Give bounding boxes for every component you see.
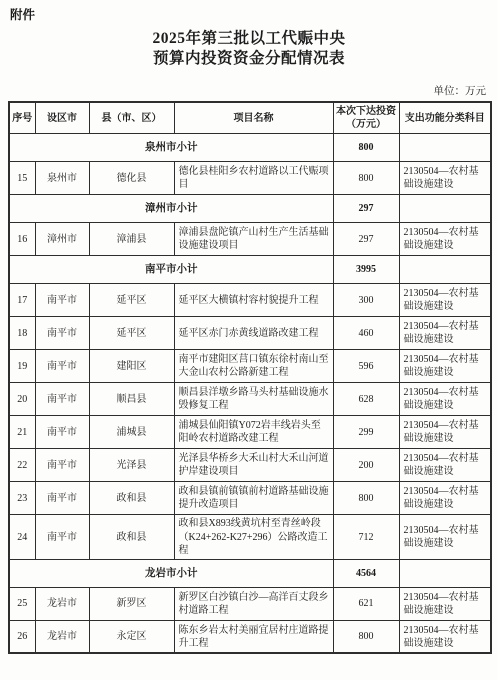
row-investment: 200 (333, 449, 399, 482)
document-title-line2: 预算内投资资金分配情况表 (8, 49, 490, 69)
project-row: 24南平市政和县政和县X893线黄坑村至青丝岭段（K24+262-K27+296… (9, 515, 491, 560)
column-header-project: 项目名称 (174, 102, 333, 134)
project-row: 25龙岩市新罗区新罗区白沙镇白沙—高洋百丈段乡村道路工程6212130504—农… (9, 587, 491, 620)
row-city: 漳州市 (35, 223, 89, 256)
row-county: 新罗区 (89, 587, 174, 620)
row-investment: 596 (333, 350, 399, 383)
subtotal-label: 南平市小计 (9, 256, 333, 284)
document-title-line1: 2025年第三批以工代赈中央 (8, 29, 490, 49)
row-county: 政和县 (89, 482, 174, 515)
subtotal-category-empty (399, 559, 491, 587)
subtotal-category-empty (399, 256, 491, 284)
subtotal-row: 漳州市小计297 (9, 195, 491, 223)
row-category: 2130504—农村基础设施建设 (399, 515, 491, 560)
document-page: 附件 2025年第三批以工代赈中央 预算内投资资金分配情况表 单位：万元 序号 … (0, 0, 498, 654)
row-project-name: 延平区赤门赤黄线道路改建工程 (174, 317, 333, 350)
row-investment: 800 (333, 620, 399, 653)
row-city: 南平市 (35, 449, 89, 482)
table-header: 序号 设区市 县（市、区） 项目名称 本次下达投资 （万元） 支出功能分类科目 (9, 102, 491, 134)
project-row: 15泉州市德化县德化县桂阳乡农村道路以工代赈项目8002130504—农村基础设… (9, 162, 491, 195)
row-city: 南平市 (35, 350, 89, 383)
allocation-table: 序号 设区市 县（市、区） 项目名称 本次下达投资 （万元） 支出功能分类科目 … (8, 101, 492, 655)
row-category: 2130504—农村基础设施建设 (399, 317, 491, 350)
row-investment: 621 (333, 587, 399, 620)
row-serial: 26 (9, 620, 35, 653)
row-category: 2130504—农村基础设施建设 (399, 620, 491, 653)
row-city: 泉州市 (35, 162, 89, 195)
row-city: 南平市 (35, 416, 89, 449)
row-project-name: 新罗区白沙镇白沙—高洋百丈段乡村道路工程 (174, 587, 333, 620)
row-serial: 19 (9, 350, 35, 383)
project-row: 18南平市延平区延平区赤门赤黄线道路改建工程4602130504—农村基础设施建… (9, 317, 491, 350)
row-serial: 16 (9, 223, 35, 256)
subtotal-investment: 297 (333, 195, 399, 223)
row-city: 南平市 (35, 383, 89, 416)
subtotal-label: 漳州市小计 (9, 195, 333, 223)
row-investment: 300 (333, 284, 399, 317)
row-county: 永定区 (89, 620, 174, 653)
row-city: 南平市 (35, 482, 89, 515)
subtotal-investment: 800 (333, 134, 399, 162)
row-serial: 21 (9, 416, 35, 449)
project-row: 21南平市浦城县浦城县仙阳镇Y072岩丰线岩头至阳岭农村道路改建工程299213… (9, 416, 491, 449)
row-city: 南平市 (35, 515, 89, 560)
subtotal-label: 泉州市小计 (9, 134, 333, 162)
document-title: 2025年第三批以工代赈中央 预算内投资资金分配情况表 (8, 29, 490, 70)
row-category: 2130504—农村基础设施建设 (399, 284, 491, 317)
project-row: 20南平市顺昌县顺昌县洋墩乡路马头村基础设施水毁修复工程6282130504—农… (9, 383, 491, 416)
row-project-name: 漳浦县盘陀镇产山村生产生活基础设施建设项目 (174, 223, 333, 256)
row-category: 2130504—农村基础设施建设 (399, 223, 491, 256)
row-category: 2130504—农村基础设施建设 (399, 416, 491, 449)
row-investment: 712 (333, 515, 399, 560)
attachment-label: 附件 (8, 5, 490, 23)
column-header-serial: 序号 (9, 102, 35, 134)
column-header-category: 支出功能分类科目 (399, 102, 491, 134)
project-row: 22南平市光泽县光泽县华桥乡大禾山村大禾山河道护岸建设项目2002130504—… (9, 449, 491, 482)
unit-note: 单位：万元 (8, 83, 486, 98)
project-row: 17南平市延平区延平区大横镇村容村貌提升工程3002130504—农村基础设施建… (9, 284, 491, 317)
header-row: 序号 设区市 县（市、区） 项目名称 本次下达投资 （万元） 支出功能分类科目 (9, 102, 491, 134)
table-body: 泉州市小计80015泉州市德化县德化县桂阳乡农村道路以工代赈项目80021305… (9, 134, 491, 654)
subtotal-category-empty (399, 134, 491, 162)
project-row: 26龙岩市永定区陈东乡岩太村美丽宜居村庄道路提升工程8002130504—农村基… (9, 620, 491, 653)
project-row: 16漳州市漳浦县漳浦县盘陀镇产山村生产生活基础设施建设项目2972130504—… (9, 223, 491, 256)
row-project-name: 延平区大横镇村容村貌提升工程 (174, 284, 333, 317)
row-investment: 460 (333, 317, 399, 350)
row-serial: 18 (9, 317, 35, 350)
row-project-name: 南平市建阳区莒口镇东徐村南山至大金山农村公路新建工程 (174, 350, 333, 383)
row-county: 政和县 (89, 515, 174, 560)
row-county: 浦城县 (89, 416, 174, 449)
row-category: 2130504—农村基础设施建设 (399, 587, 491, 620)
row-category: 2130504—农村基础设施建设 (399, 482, 491, 515)
row-investment: 297 (333, 223, 399, 256)
row-project-name: 德化县桂阳乡农村道路以工代赈项目 (174, 162, 333, 195)
row-city: 龙岩市 (35, 587, 89, 620)
row-project-name: 陈东乡岩太村美丽宜居村庄道路提升工程 (174, 620, 333, 653)
row-investment: 800 (333, 482, 399, 515)
row-county: 德化县 (89, 162, 174, 195)
row-category: 2130504—农村基础设施建设 (399, 449, 491, 482)
row-serial: 24 (9, 515, 35, 560)
row-category: 2130504—农村基础设施建设 (399, 162, 491, 195)
row-serial: 25 (9, 587, 35, 620)
row-serial: 15 (9, 162, 35, 195)
row-project-name: 光泽县华桥乡大禾山村大禾山河道护岸建设项目 (174, 449, 333, 482)
row-serial: 22 (9, 449, 35, 482)
project-row: 19南平市建阳区南平市建阳区莒口镇东徐村南山至大金山农村公路新建工程596213… (9, 350, 491, 383)
subtotal-label: 龙岩市小计 (9, 559, 333, 587)
row-investment: 628 (333, 383, 399, 416)
row-project-name: 顺昌县洋墩乡路马头村基础设施水毁修复工程 (174, 383, 333, 416)
row-project-name: 政和县X893线黄坑村至青丝岭段（K24+262-K27+296）公路改造工程 (174, 515, 333, 560)
subtotal-investment: 4564 (333, 559, 399, 587)
row-serial: 20 (9, 383, 35, 416)
row-city: 南平市 (35, 317, 89, 350)
subtotal-row: 泉州市小计800 (9, 134, 491, 162)
row-county: 漳浦县 (89, 223, 174, 256)
subtotal-investment: 3995 (333, 256, 399, 284)
row-category: 2130504—农村基础设施建设 (399, 350, 491, 383)
row-county: 光泽县 (89, 449, 174, 482)
column-header-city: 设区市 (35, 102, 89, 134)
column-header-county: 县（市、区） (89, 102, 174, 134)
column-header-investment: 本次下达投资 （万元） (333, 102, 399, 134)
subtotal-row: 南平市小计3995 (9, 256, 491, 284)
row-serial: 23 (9, 482, 35, 515)
row-county: 顺昌县 (89, 383, 174, 416)
row-project-name: 政和县镇前镇镇前村道路基础设施提升改造项目 (174, 482, 333, 515)
row-investment: 299 (333, 416, 399, 449)
row-serial: 17 (9, 284, 35, 317)
row-investment: 800 (333, 162, 399, 195)
subtotal-category-empty (399, 195, 491, 223)
subtotal-row: 龙岩市小计4564 (9, 559, 491, 587)
row-city: 南平市 (35, 284, 89, 317)
row-county: 延平区 (89, 317, 174, 350)
row-category: 2130504—农村基础设施建设 (399, 383, 491, 416)
row-county: 延平区 (89, 284, 174, 317)
row-city: 龙岩市 (35, 620, 89, 653)
project-row: 23南平市政和县政和县镇前镇镇前村道路基础设施提升改造项目8002130504—… (9, 482, 491, 515)
row-project-name: 浦城县仙阳镇Y072岩丰线岩头至阳岭农村道路改建工程 (174, 416, 333, 449)
row-county: 建阳区 (89, 350, 174, 383)
